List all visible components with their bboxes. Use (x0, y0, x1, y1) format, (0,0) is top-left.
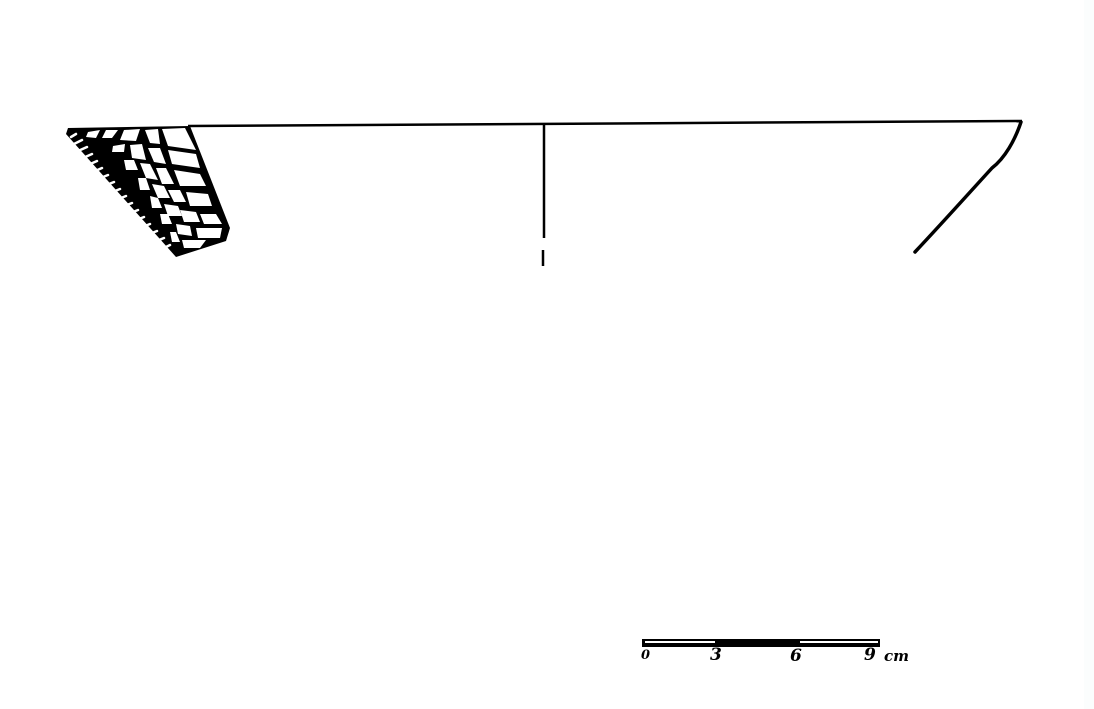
rim-section (66, 126, 230, 257)
exterior-profile (915, 122, 1021, 252)
rim-line (188, 121, 1022, 126)
scale-tick-0: 0 (641, 649, 650, 662)
scale-bar (642, 639, 880, 647)
scale-tick-6: 6 (790, 648, 802, 665)
scale-tick-3: 3 (710, 647, 722, 664)
paper-edge (1084, 0, 1094, 709)
pottery-profile-drawing (0, 0, 1094, 709)
center-axis (543, 123, 544, 266)
scale-tick-9: 9 (864, 647, 876, 664)
scale-unit: cm (884, 649, 909, 664)
